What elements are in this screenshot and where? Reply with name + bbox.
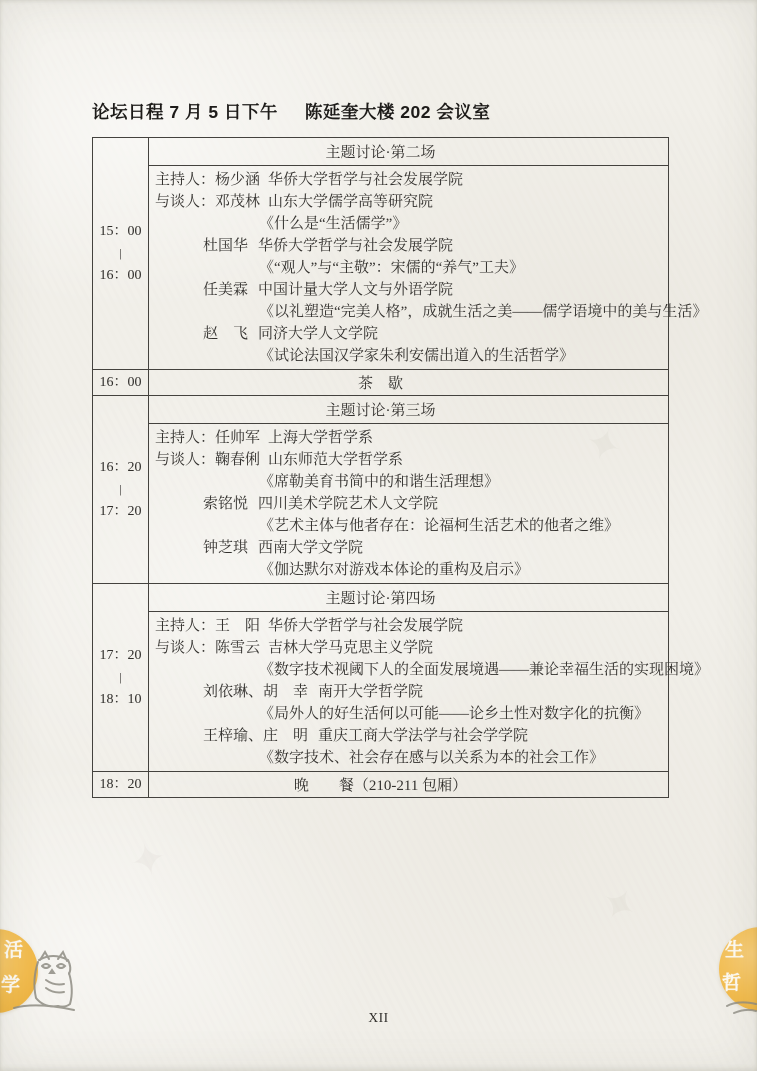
time-cell: 16：20|17：20 <box>93 396 149 584</box>
banner-cell: 茶 歇 <box>149 370 669 396</box>
seal-char: 学 <box>1 976 20 995</box>
person-name: 王 阳 <box>215 618 260 634</box>
person-name: 王梓瑜、庄 明 <box>203 728 308 744</box>
session-header: 主题讨论·第二场 <box>149 138 669 166</box>
person-affiliation: 四川美术学院艺术人文学院 <box>258 496 438 512</box>
paper-title-line: 《试论法国汉学家朱利安儒出道入的生活哲学》 <box>155 345 662 367</box>
person-affiliation: 吉林大学马克思主义学院 <box>268 640 433 656</box>
paper-title-line: 《席勒美育书简中的和谐生活理想》 <box>155 471 662 493</box>
person-affiliation: 华侨大学哲学与社会发展学院 <box>268 618 463 634</box>
speaker-line: 钟芝琪西南大学文学院 <box>155 537 662 559</box>
paper-title-line: 《数字技术视阈下人的全面发展境遇——兼论幸福生活的实现困境》 <box>155 659 662 681</box>
left-seal-logo: 活 学 <box>0 929 38 1013</box>
paper-title-line: 《“观人”与“主敬”：宋儒的“养气”工夫》 <box>155 257 662 279</box>
person-name: 陈雪云 <box>215 640 260 656</box>
person-name: 索铭悦 <box>203 496 248 512</box>
document-title: 论坛日程 7 月 5 日下午 陈延奎大楼 202 会议室 <box>92 99 490 124</box>
banner-row: 16：00茶 歇 <box>93 370 669 396</box>
speaker-line: 索铭悦四川美术学院艺术人文学院 <box>155 493 662 515</box>
session-header-row: 17：20|18：10主题讨论·第四场 <box>93 584 669 612</box>
person-name: 杜国华 <box>203 238 248 254</box>
person-name: 杨少涵 <box>215 172 260 188</box>
person-affiliation: 南开大学哲学院 <box>318 684 423 700</box>
role-prefix: 与谈人： <box>155 194 215 210</box>
panelist-line: 与谈人：邓茂林山东大学儒学高等研究院 <box>155 191 662 213</box>
time-start: 16：20 <box>100 460 142 475</box>
seal-char: 哲 <box>722 974 741 993</box>
session-content-row: 主持人：任帅军上海大学哲学系与谈人：鞠春俐山东师范大学哲学系《席勒美育书简中的和… <box>93 424 669 584</box>
person-name: 邓茂林 <box>215 194 260 210</box>
paper-title-line: 《艺术主体与他者存在：论福柯生活艺术的他者之维》 <box>155 515 662 537</box>
banner-row: 18：20晚 餐（210-211 包厢） <box>93 772 669 798</box>
session-content: 主持人：王 阳华侨大学哲学与社会发展学院与谈人：陈雪云吉林大学马克思主义学院《数… <box>149 612 669 772</box>
person-name: 钟芝琪 <box>203 540 248 556</box>
seal-char: 生 <box>725 941 744 960</box>
person-name: 任美霖 <box>203 282 248 298</box>
time-cell: 16：00 <box>93 370 149 396</box>
role-prefix: 与谈人： <box>155 452 215 468</box>
role-prefix: 主持人： <box>155 430 215 446</box>
document-page: { "page": { "title_left": "论坛日程 7 月 5 日下… <box>0 0 757 1071</box>
seal-char: 活 <box>4 941 23 960</box>
person-affiliation: 重庆工商大学法学与社会学学院 <box>318 728 528 744</box>
speaker-line: 赵 飞同济大学人文学院 <box>155 323 662 345</box>
speaker-line: 刘依琳、胡 幸南开大学哲学院 <box>155 681 662 703</box>
person-affiliation: 西南大学文学院 <box>258 540 363 556</box>
time-separator: | <box>93 479 148 500</box>
page-number: XII <box>0 1010 757 1026</box>
time-start: 17：20 <box>100 648 142 663</box>
title-date-part: 论坛日程 7 月 5 日下午 <box>92 99 278 124</box>
person-name: 赵 飞 <box>203 326 248 342</box>
role-prefix: 主持人： <box>155 172 215 188</box>
time-cell: 17：20|18：10 <box>93 584 149 772</box>
session-header-row: 15：00|16：00主题讨论·第二场 <box>93 138 669 166</box>
chair-line: 主持人：任帅军上海大学哲学系 <box>155 427 662 449</box>
session-content: 主持人：杨少涵华侨大学哲学与社会发展学院与谈人：邓茂林山东大学儒学高等研究院《什… <box>149 166 669 370</box>
schedule-table: 15：00|16：00主题讨论·第二场主持人：杨少涵华侨大学哲学与社会发展学院与… <box>92 137 669 798</box>
person-affiliation: 上海大学哲学系 <box>268 430 373 446</box>
person-affiliation: 华侨大学哲学与社会发展学院 <box>268 172 463 188</box>
person-affiliation: 山东大学儒学高等研究院 <box>268 194 433 210</box>
paper-title-line: 《局外人的好生活何以可能——论乡土性对数字化的抗衡》 <box>155 703 662 725</box>
time-separator: | <box>93 243 148 264</box>
title-venue-part: 陈延奎大楼 202 会议室 <box>305 99 490 124</box>
time-start: 15：00 <box>100 224 142 239</box>
panelist-line: 与谈人：鞠春俐山东师范大学哲学系 <box>155 449 662 471</box>
star-watermark: ✦ <box>590 874 647 937</box>
panelist-line: 与谈人：陈雪云吉林大学马克思主义学院 <box>155 637 662 659</box>
session-content-row: 主持人：王 阳华侨大学哲学与社会发展学院与谈人：陈雪云吉林大学马克思主义学院《数… <box>93 612 669 772</box>
paper-title-line: 《以礼塑造“完美人格”，成就生活之美——儒学语境中的美与生活》 <box>155 301 662 323</box>
session-content-row: 主持人：杨少涵华侨大学哲学与社会发展学院与谈人：邓茂林山东大学儒学高等研究院《什… <box>93 166 669 370</box>
time-end: 16：00 <box>100 268 142 283</box>
session-header: 主题讨论·第三场 <box>149 396 669 424</box>
person-name: 鞠春俐 <box>215 452 260 468</box>
person-name: 刘依琳、胡 幸 <box>203 684 308 700</box>
time-cell: 18：20 <box>93 772 149 798</box>
paper-title-line: 《伽达默尔对游戏本体论的重构及启示》 <box>155 559 662 581</box>
speaker-line: 杜国华华侨大学哲学与社会发展学院 <box>155 235 662 257</box>
star-watermark: ✦ <box>124 831 172 889</box>
person-affiliation: 中国计量大学人文与外语学院 <box>258 282 453 298</box>
person-affiliation: 华侨大学哲学与社会发展学院 <box>258 238 453 254</box>
time-separator: | <box>93 667 148 688</box>
person-affiliation: 山东师范大学哲学系 <box>268 452 403 468</box>
role-prefix: 主持人： <box>155 618 215 634</box>
time-end: 17：20 <box>100 504 142 519</box>
paper-title-line: 《数字技术、社会存在感与以关系为本的社会工作》 <box>155 747 662 769</box>
paper-title-line: 《什么是“生活儒学”》 <box>155 213 662 235</box>
person-name: 任帅军 <box>215 430 260 446</box>
session-content: 主持人：任帅军上海大学哲学系与谈人：鞠春俐山东师范大学哲学系《席勒美育书简中的和… <box>149 424 669 584</box>
session-header-row: 16：20|17：20主题讨论·第三场 <box>93 396 669 424</box>
person-affiliation: 同济大学人文学院 <box>258 326 378 342</box>
schedule-table-body: 15：00|16：00主题讨论·第二场主持人：杨少涵华侨大学哲学与社会发展学院与… <box>93 138 669 798</box>
chair-line: 主持人：王 阳华侨大学哲学与社会发展学院 <box>155 615 662 637</box>
right-seal-logo: 生 哲 <box>719 927 757 1011</box>
banner-cell: 晚 餐（210-211 包厢） <box>149 772 669 798</box>
time-end: 18：10 <box>100 692 142 707</box>
chair-line: 主持人：杨少涵华侨大学哲学与社会发展学院 <box>155 169 662 191</box>
session-header: 主题讨论·第四场 <box>149 584 669 612</box>
role-prefix: 与谈人： <box>155 640 215 656</box>
speaker-line: 王梓瑜、庄 明重庆工商大学法学与社会学学院 <box>155 725 662 747</box>
speaker-line: 任美霖中国计量大学人文与外语学院 <box>155 279 662 301</box>
time-cell: 15：00|16：00 <box>93 138 149 370</box>
